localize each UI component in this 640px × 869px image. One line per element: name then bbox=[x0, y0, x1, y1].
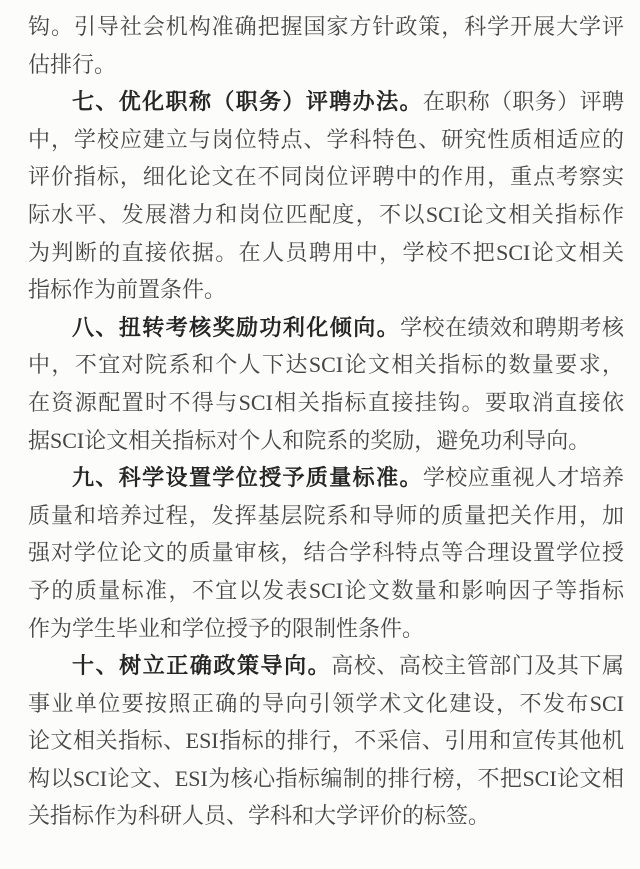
body-text: 论文相关指标、ESI指标的排行，不采信、引用和宣传其他机 bbox=[28, 728, 624, 753]
text-line: 论文相关指标、ESI指标的排行，不采信、引用和宣传其他机 bbox=[28, 722, 624, 760]
text-line: 际水平、发展潜力和岗位匹配度，不以SCI论文相关指标作 bbox=[28, 196, 624, 234]
section-heading: 九、科学设置学位授予质量标准。 bbox=[72, 465, 423, 490]
body-text: 质量和培养过程，发挥基层院系和导师的质量把关作用，加 bbox=[28, 503, 624, 528]
body-text: 强对学位论文的质量审核，结合学科特点等合理设置学位授 bbox=[28, 540, 624, 565]
text-line: 为判断的直接依据。在人员聘用中，学校不把SCI论文相关 bbox=[28, 234, 624, 272]
text-line: 估排行。 bbox=[28, 46, 624, 84]
section-heading: 七、优化职称（职务）评聘办法。 bbox=[72, 89, 423, 114]
body-text: 据SCI论文相关指标对个人和院系的奖励，避免功利导向。 bbox=[28, 428, 590, 453]
section-heading: 八、扭转考核奖励功利化倾向。 bbox=[72, 315, 400, 340]
text-line: 关指标作为科研人员、学科和大学评价的标签。 bbox=[28, 797, 624, 835]
body-text: 高校、高校主管部门及其下属 bbox=[331, 653, 624, 678]
text-line: 八、扭转考核奖励功利化倾向。学校在绩效和聘期考核 bbox=[28, 309, 624, 347]
body-text: 在资源配置时不得与SCI相关指标直接挂钩。要取消直接依 bbox=[28, 390, 624, 415]
text-line: 强对学位论文的质量审核，结合学科特点等合理设置学位授 bbox=[28, 534, 624, 572]
section-heading: 十、树立正确政策导向。 bbox=[72, 653, 331, 678]
text-line: 事业单位要按照正确的导向引领学术文化建设，不发布SCI bbox=[28, 685, 624, 723]
document-body: 钩。引导社会机构准确把握国家方针政策，科学开展大学评估排行。七、优化职称（职务）… bbox=[28, 8, 624, 835]
text-line: 指标作为前置条件。 bbox=[28, 271, 624, 309]
text-line: 中，不宜对院系和个人下达SCI论文相关指标的数量要求， bbox=[28, 346, 624, 384]
body-text: 予的质量标准，不宜以发表SCI论文数量和影响因子等指标 bbox=[28, 578, 624, 603]
body-text: 中，学校应建立与岗位特点、学科特色、研究性质相适应的 bbox=[28, 127, 624, 152]
body-text: 学校在绩效和聘期考核 bbox=[400, 315, 624, 340]
text-line: 评价指标，细化论文在不同岗位评聘中的作用，重点考察实 bbox=[28, 158, 624, 196]
body-text: 关指标作为科研人员、学科和大学评价的标签。 bbox=[28, 803, 490, 828]
text-line: 作为学生毕业和学位授予的限制性条件。 bbox=[28, 610, 624, 648]
body-text: 指标作为前置条件。 bbox=[28, 277, 226, 302]
body-text: 中，不宜对院系和个人下达SCI论文相关指标的数量要求， bbox=[28, 352, 624, 377]
text-line: 七、优化职称（职务）评聘办法。在职称（职务）评聘 bbox=[28, 83, 624, 121]
text-line: 构以SCI论文、ESI为核心指标编制的排行榜，不把SCI论文相 bbox=[28, 760, 624, 798]
body-text: 钩。引导社会机构准确把握国家方针政策，科学开展大学评 bbox=[28, 14, 624, 39]
text-line: 在资源配置时不得与SCI相关指标直接挂钩。要取消直接依 bbox=[28, 384, 624, 422]
body-text: 作为学生毕业和学位授予的限制性条件。 bbox=[28, 616, 424, 641]
body-text: 为判断的直接依据。在人员聘用中，学校不把SCI论文相关 bbox=[28, 240, 624, 265]
body-text: 际水平、发展潜力和岗位匹配度，不以SCI论文相关指标作 bbox=[28, 202, 624, 227]
body-text: 构以SCI论文、ESI为核心指标编制的排行榜，不把SCI论文相 bbox=[28, 766, 624, 791]
text-line: 九、科学设置学位授予质量标准。学校应重视人才培养 bbox=[28, 459, 624, 497]
body-text: 评价指标，细化论文在不同岗位评聘中的作用，重点考察实 bbox=[28, 164, 624, 189]
body-text: 事业单位要按照正确的导向引领学术文化建设，不发布SCI bbox=[28, 691, 624, 716]
body-text: 在职称（职务）评聘 bbox=[423, 89, 624, 114]
text-line: 十、树立正确政策导向。高校、高校主管部门及其下属 bbox=[28, 647, 624, 685]
text-line: 予的质量标准，不宜以发表SCI论文数量和影响因子等指标 bbox=[28, 572, 624, 610]
text-line: 钩。引导社会机构准确把握国家方针政策，科学开展大学评 bbox=[28, 8, 624, 46]
text-line: 中，学校应建立与岗位特点、学科特色、研究性质相适应的 bbox=[28, 121, 624, 159]
text-line: 质量和培养过程，发挥基层院系和导师的质量把关作用，加 bbox=[28, 497, 624, 535]
text-line: 据SCI论文相关指标对个人和院系的奖励，避免功利导向。 bbox=[28, 422, 624, 460]
document-page: 钩。引导社会机构准确把握国家方针政策，科学开展大学评估排行。七、优化职称（职务）… bbox=[0, 0, 640, 869]
body-text: 估排行。 bbox=[28, 52, 116, 77]
body-text: 学校应重视人才培养 bbox=[423, 465, 624, 490]
